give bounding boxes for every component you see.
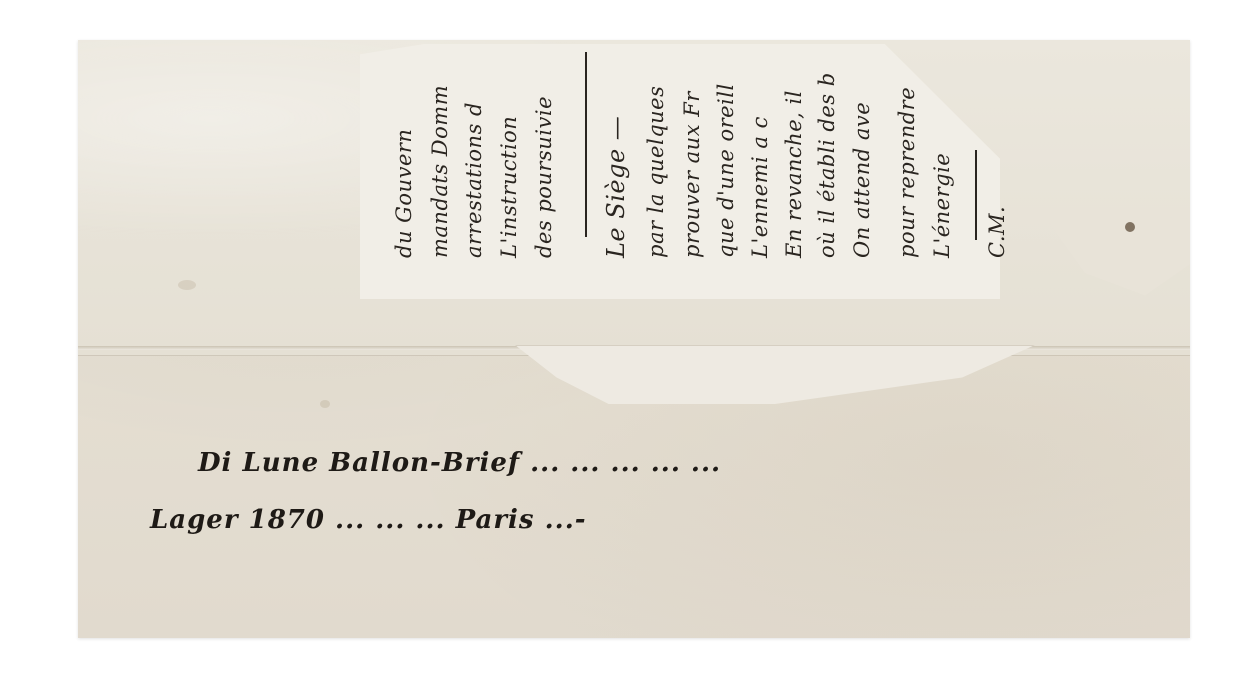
handwritten-line-2: Lager 1870 ... ... ... Paris ...- — [150, 505, 587, 535]
printed-text-col: On attend ave — [850, 102, 874, 258]
printed-text-col: En revanche, il — [782, 90, 806, 258]
printed-text-col: L'instruction — [497, 116, 521, 258]
printed-text-col: L'ennemi a c — [748, 116, 772, 258]
paper-stain — [178, 280, 196, 290]
printed-heading: Le Siège — — [602, 116, 630, 258]
column-rule — [975, 150, 977, 240]
printed-text-col: par la quelques — [644, 86, 668, 258]
printed-text-col: prouver aux Fr — [680, 91, 704, 258]
printed-text-col: L'énergie — [930, 153, 954, 258]
printed-text-col: où il établi des b — [815, 72, 839, 258]
handwritten-line-1: Di Lune Ballon-Brief ... ... ... ... ... — [198, 448, 721, 478]
printed-text-col: mandats Domm — [428, 85, 452, 258]
paper-spot — [1125, 222, 1135, 232]
printed-text-col: arrestations d — [462, 102, 486, 258]
column-rule — [585, 52, 587, 237]
printed-text-col: du Gouvern — [392, 129, 416, 258]
printed-signature: C.M. — [985, 206, 1009, 258]
printed-text-col: pour reprendre — [895, 87, 919, 258]
printed-text-col: que d'une oreill — [714, 83, 738, 258]
printed-text-col: des poursuivie — [532, 96, 556, 258]
photo-scene: du Gouvern mandats Domm arrestations d L… — [0, 0, 1255, 694]
paper-stain — [320, 400, 330, 408]
